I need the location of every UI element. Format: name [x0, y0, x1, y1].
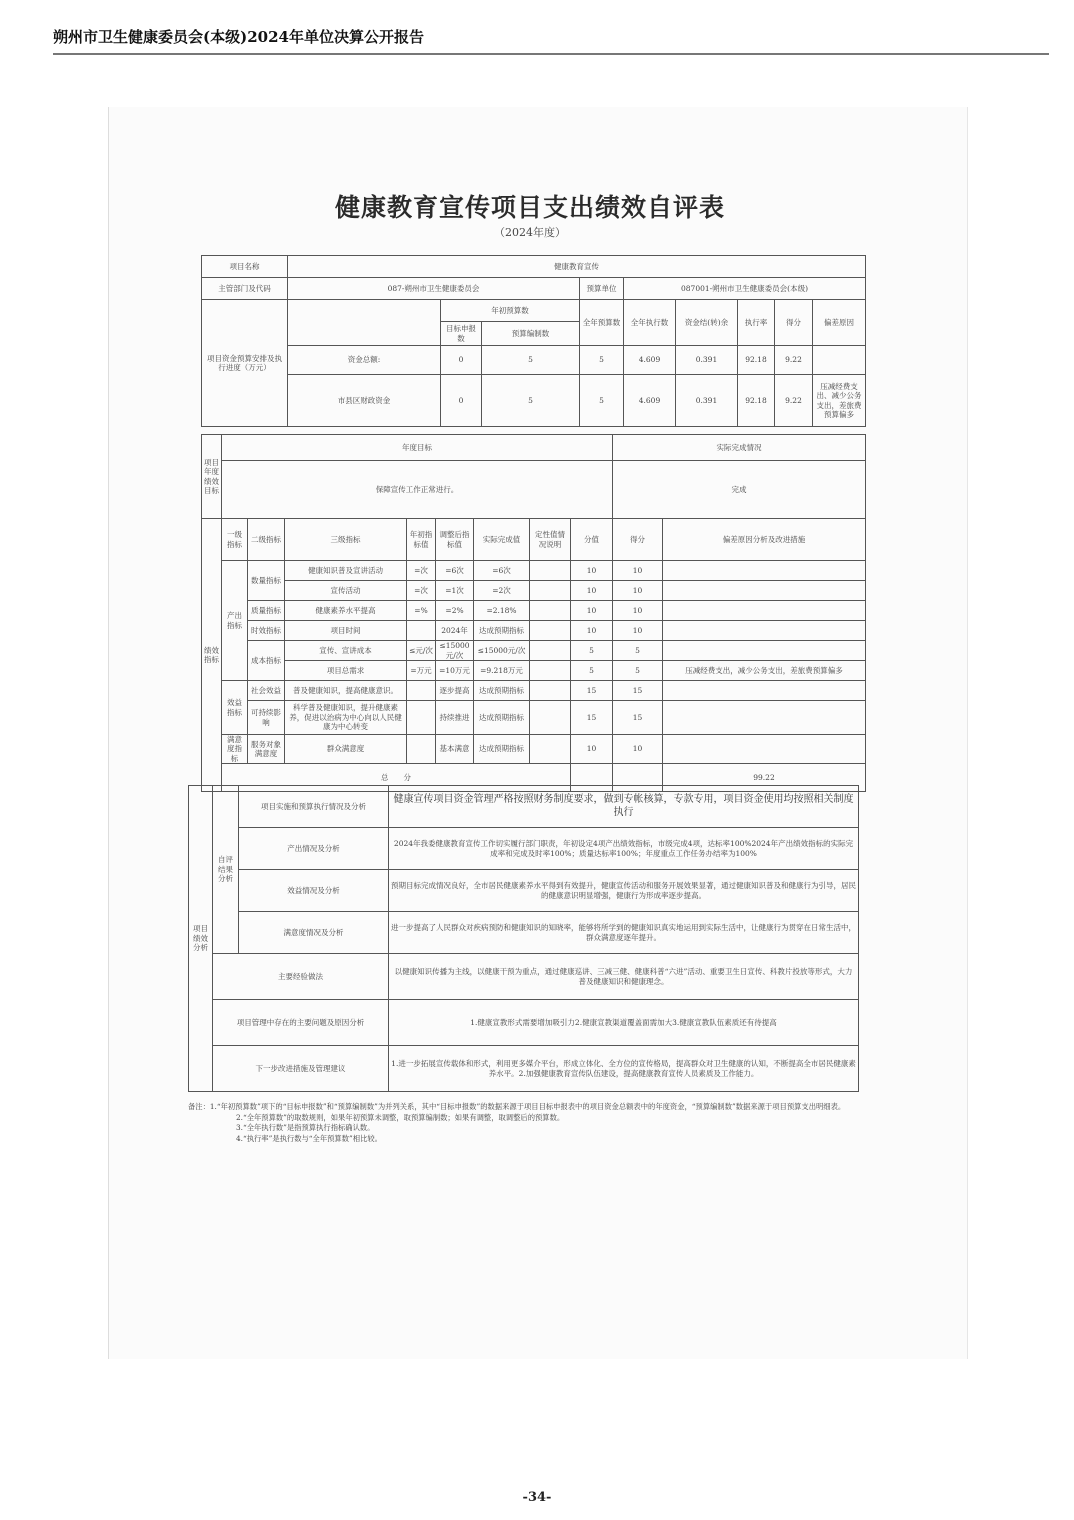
analysis-label: 项目实施和预算执行情况及分析: [239, 786, 389, 828]
dept-label: 主管部门及代码: [202, 278, 288, 300]
header-annual-budget: 全年预算数: [580, 300, 624, 346]
problems-label: 项目管理中存在的主要问题及原因分析: [213, 1000, 389, 1046]
self-eval-label: 自评结果分析: [213, 786, 239, 954]
indicator-row: 宣传活动 =次 =1次 =2次 10 10: [202, 581, 866, 601]
document-subtitle: （2024年度）: [140, 224, 920, 240]
page-header: 朔州市卫生健康委员会(本级)2024年单位决算公开报告: [53, 26, 1049, 55]
actual-completion: 完成: [613, 461, 866, 519]
analysis-text: 健康宣传项目资金管理严格按照财务制度要求，做到专帐核算，专款专用，项目资金使用均…: [389, 786, 859, 828]
header-level1: 一级指标: [222, 519, 248, 561]
indicators-table: 项目年度绩效目标 年度目标 实际完成情况 保障宣传工作正常进行。 完成 绩效指标…: [201, 434, 866, 792]
analysis-section-label: 项目绩效分析: [189, 786, 213, 1092]
indicator-row: 产出指标 数量指标 健康知识普及宣讲活动 =次 =6次 =6次 10 10: [202, 561, 866, 581]
project-name-label: 项目名称: [202, 256, 288, 278]
analysis-text: 2024年我委健康教育宣传工作切实履行部门职责，年初设定4项产出绩效指标，市级完…: [389, 828, 859, 870]
unit-value: 087001-朔州市卫生健康委员会(本级): [624, 278, 866, 300]
problems-text: 1.健康宣教形式需要增加吸引力2.健康宣教渠道覆盖面需加大3.健康宣教队伍素质还…: [389, 1000, 859, 1046]
header-adjusted-value: 调整后指标值: [436, 519, 474, 561]
header-exec-rate: 执行率: [738, 300, 775, 346]
analysis-label: 满意度情况及分析: [239, 912, 389, 954]
header-target-declared: 目标申报数: [441, 322, 482, 346]
header-weight: 分值: [571, 519, 613, 561]
analysis-label: 产出情况及分析: [239, 828, 389, 870]
header-level2: 二级指标: [248, 519, 285, 561]
indicator-row: 时效指标 项目时间 2024年 达成预期指标 10 10: [202, 621, 866, 641]
project-name: 健康教育宣传: [288, 256, 866, 278]
analysis-label: 效益情况及分析: [239, 870, 389, 912]
indicator-row: 成本指标 宣传、宣讲成本 ≤元/次 ≤15000元/次 ≤15000元/次 5 …: [202, 641, 866, 661]
dept-value: 087-朔州市卫生健康委员会: [288, 278, 580, 300]
header-score: 得分: [613, 519, 663, 561]
analysis-table: 项目绩效分析 自评结果分析 项目实施和预算执行情况及分析 健康宣传项目资金管理严…: [188, 785, 859, 1092]
funds-row: 资金总额: 0 5 5 4.609 0.391 92.18 9.22: [202, 346, 866, 375]
unit-label: 预算单位: [580, 278, 624, 300]
goals-section-label: 项目年度绩效目标: [202, 435, 222, 519]
header-budget-compiled: 预算编制数: [482, 322, 580, 346]
next-steps-label: 下一步改进措施及管理建议: [213, 1046, 389, 1092]
experience-text: 以健康知识传播为主线，以健康干预为重点，通过健康巡讲、三减三健、健康科普“六进”…: [389, 954, 859, 1000]
header-reason: 偏差原因分析及改进措施: [663, 519, 866, 561]
annual-goal-label: 年度目标: [222, 435, 613, 461]
header-initial-value: 年初指标值: [407, 519, 436, 561]
footnote-1: 备注：1.“年初预算数”项下的“目标申报数”和“预算编制数”为并列关系，其中“目…: [188, 1102, 858, 1113]
indicator-row: 满意度指标 服务对象满意度 群众满意度 基本满意 达成预期指标 10 10: [202, 735, 866, 764]
header-score: 得分: [775, 300, 813, 346]
analysis-text: 预期目标完成情况良好，全市居民健康素养水平得到有效提升，健康宣传活动和服务开展效…: [389, 870, 859, 912]
indicator-row: 项目总需求 =万元 =10万元 =9.218万元 5 5 压减经费支出，减少公务…: [202, 661, 866, 681]
funds-section-label: 项目资金预算安排及执行进度（万元）: [202, 300, 288, 427]
footnote-3: 3.“全年执行数”是指预算执行指标确认数。: [188, 1123, 858, 1134]
document-title: 健康教育宣传项目支出绩效自评表: [140, 188, 920, 224]
header-balance: 资金结(转)余: [676, 300, 738, 346]
indicator-row: 质量指标 健康素养水平提高 =% =2% =2.18% 10 10: [202, 601, 866, 621]
indicator-row: 效益指标 社会效益 普及健康知识，提高健康意识。 逐步提高 达成预期指标 15 …: [202, 681, 866, 701]
experience-label: 主要经验做法: [213, 954, 389, 1000]
header-initial-budget: 年初预算数: [441, 300, 580, 322]
header-qualitative: 定性值情况说明: [530, 519, 571, 561]
header-level3: 三级指标: [285, 519, 407, 561]
footnote-2: 2.“全年预算数”的取数规则，如果年初预算未调整，取预算编制数；如果有调整，取调…: [188, 1113, 858, 1124]
indicators-section-label: 绩效指标: [202, 519, 222, 792]
indicator-row: 可持续影响 科学普及健康知识，提升健康素养，促进以治病为中心向以人民健康为中心转…: [202, 701, 866, 735]
footnotes: 备注：1.“年初预算数”项下的“目标申报数”和“预算编制数”为并列关系，其中“目…: [188, 1102, 858, 1144]
actual-label: 实际完成情况: [613, 435, 866, 461]
page-number: -34-: [0, 1490, 1074, 1505]
annual-goal: 保障宣传工作正常进行。: [222, 461, 613, 519]
header-annual-executed: 全年执行数: [624, 300, 676, 346]
header-actual-value: 实际完成值: [474, 519, 530, 561]
header-deviation-reason: 偏差原因: [813, 300, 866, 346]
funds-table: 项目名称 健康教育宣传 主管部门及代码 087-朔州市卫生健康委员会 预算单位 …: [201, 255, 866, 427]
funds-row: 市县区财政资金 0 5 5 4.609 0.391 92.18 9.22 压减经…: [202, 375, 866, 427]
footnote-4: 4.“执行率”是执行数与“全年预算数”相比较。: [188, 1134, 858, 1145]
next-steps-text: 1.进一步拓展宣传载体和形式，利用更多媒介平台，形成立体化、全方位的宣传格局，提…: [389, 1046, 859, 1092]
analysis-text: 进一步提高了人民群众对疾病预防和健康知识的知晓率，能够将所学到的健康知识真实地运…: [389, 912, 859, 954]
